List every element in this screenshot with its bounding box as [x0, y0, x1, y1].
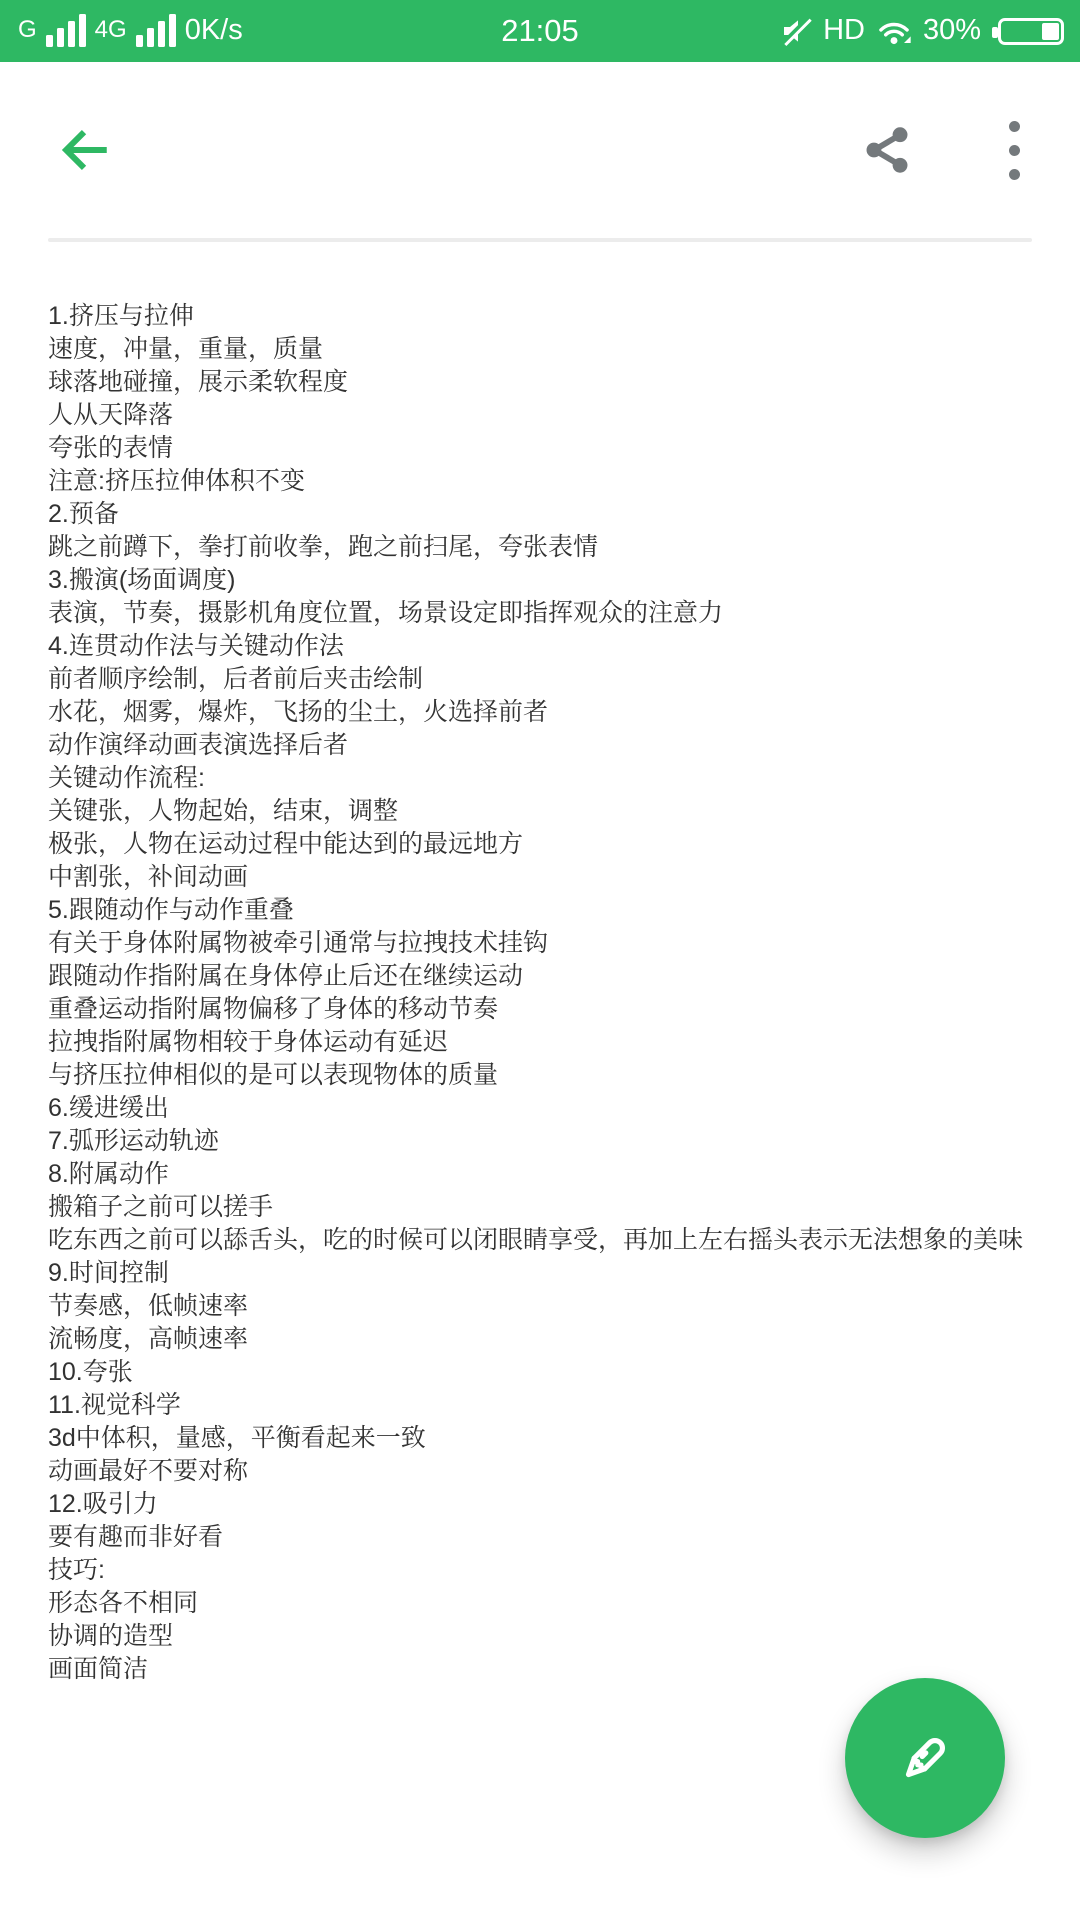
note-line: 动作演绎动画表演选择后者 [48, 729, 1032, 762]
note-line: 12.吸引力 [48, 1488, 1032, 1521]
toolbar-divider [48, 238, 1032, 242]
note-line: 9.时间控制 [48, 1257, 1032, 1290]
note-line: 流畅度，高帧速率 [48, 1323, 1032, 1356]
note-line: 搬箱子之前可以搓手 [48, 1191, 1032, 1224]
note-line: 人从天降落 [48, 399, 1032, 432]
note-line: 拉拽指附属物相较于身体运动有延迟 [48, 1026, 1032, 1059]
note-line: 7.弧形运动轨迹 [48, 1125, 1032, 1158]
note-line: 跟随动作指附属在身体停止后还在继续运动 [48, 960, 1032, 993]
back-arrow-icon [56, 121, 114, 179]
sim2-network-label: 4G [95, 18, 127, 44]
overflow-menu-icon [1009, 121, 1020, 180]
note-line: 画面简洁 [48, 1653, 1032, 1686]
note-line: 8.附属动作 [48, 1158, 1032, 1191]
note-line: 重叠运动指附属物偏移了身体的移动节奏 [48, 993, 1032, 1026]
note-line: 协调的造型 [48, 1620, 1032, 1653]
note-line: 技巧: [48, 1554, 1032, 1587]
sim1-network-label: G [18, 18, 37, 44]
toolbar [0, 62, 1080, 238]
note-line: 表演，节奏，摄影机角度位置，场景设定即指挥观众的注意力 [48, 597, 1032, 630]
note-line: 跳之前蹲下，拳打前收拳，跑之前扫尾，夸张表情 [48, 531, 1032, 564]
note-line: 5.跟随动作与动作重叠 [48, 894, 1032, 927]
toolbar-actions [860, 121, 1020, 180]
notes-app-screen: G 4G 0K/s 21:05 HD [0, 0, 1080, 1920]
status-bar: G 4G 0K/s 21:05 HD [0, 0, 1080, 62]
note-line: 3d中体积，量感，平衡看起来一致 [48, 1422, 1032, 1455]
network-speed-label: 0K/s [185, 16, 243, 47]
pencil-icon [889, 1722, 961, 1794]
note-line: 要有趣而非好看 [48, 1521, 1032, 1554]
hd-volte-label: HD [823, 16, 865, 47]
note-line: 10.夸张 [48, 1356, 1032, 1389]
signal-bars-icon [136, 15, 176, 48]
status-bar-left: G 4G 0K/s [18, 0, 243, 62]
battery-percent-label: 30% [923, 16, 981, 47]
note-line: 节奏感，低帧速率 [48, 1290, 1032, 1323]
note-line: 有关于身体附属物被牵引通常与拉拽技术挂钩 [48, 927, 1032, 960]
note-line: 前者顺序绘制，后者前后夹击绘制 [48, 663, 1032, 696]
battery-icon [998, 18, 1064, 45]
note-line: 2.预备 [48, 498, 1032, 531]
note-line: 形态各不相同 [48, 1587, 1032, 1620]
share-button[interactable] [860, 121, 914, 179]
note-line: 6.缓进缓出 [48, 1092, 1032, 1125]
overflow-menu-button[interactable] [1009, 121, 1020, 180]
note-line: 球落地碰撞，展示柔软程度 [48, 366, 1032, 399]
status-bar-right: HD 30% [780, 0, 1064, 62]
note-line: 关键动作流程: [48, 762, 1032, 795]
note-line: 11.视觉科学 [48, 1389, 1032, 1422]
note-line: 中割张，补间动画 [48, 861, 1032, 894]
note-line: 水花，烟雾，爆炸，飞扬的尘土，火选择前者 [48, 696, 1032, 729]
wifi-icon [876, 15, 912, 47]
back-button[interactable] [56, 121, 114, 179]
note-line: 注意:挤压拉伸体积不变 [48, 465, 1032, 498]
note-line: 3.搬演(场面调度) [48, 564, 1032, 597]
note-content[interactable]: 1.挤压与拉伸速度，冲量，重量，质量球落地碰撞，展示柔软程度人从天降落夸张的表情… [48, 300, 1032, 1686]
note-line: 夸张的表情 [48, 432, 1032, 465]
edit-note-fab[interactable] [845, 1678, 1005, 1838]
note-line: 1.挤压与拉伸 [48, 300, 1032, 333]
note-line: 4.连贯动作法与关键动作法 [48, 630, 1032, 663]
share-icon [860, 121, 914, 179]
note-line: 与挤压拉伸相似的是可以表现物体的质量 [48, 1059, 1032, 1092]
note-line: 动画最好不要对称 [48, 1455, 1032, 1488]
note-line: 关键张，人物起始，结束，调整 [48, 795, 1032, 828]
signal-bars-icon [46, 15, 86, 48]
note-line: 速度，冲量，重量，质量 [48, 333, 1032, 366]
note-line: 吃东西之前可以舔舌头，吃的时候可以闭眼睛享受，再加上左右摇头表示无法想象的美味 [48, 1224, 1032, 1257]
note-line: 极张，人物在运动过程中能达到的最远地方 [48, 828, 1032, 861]
mute-icon [780, 15, 812, 47]
